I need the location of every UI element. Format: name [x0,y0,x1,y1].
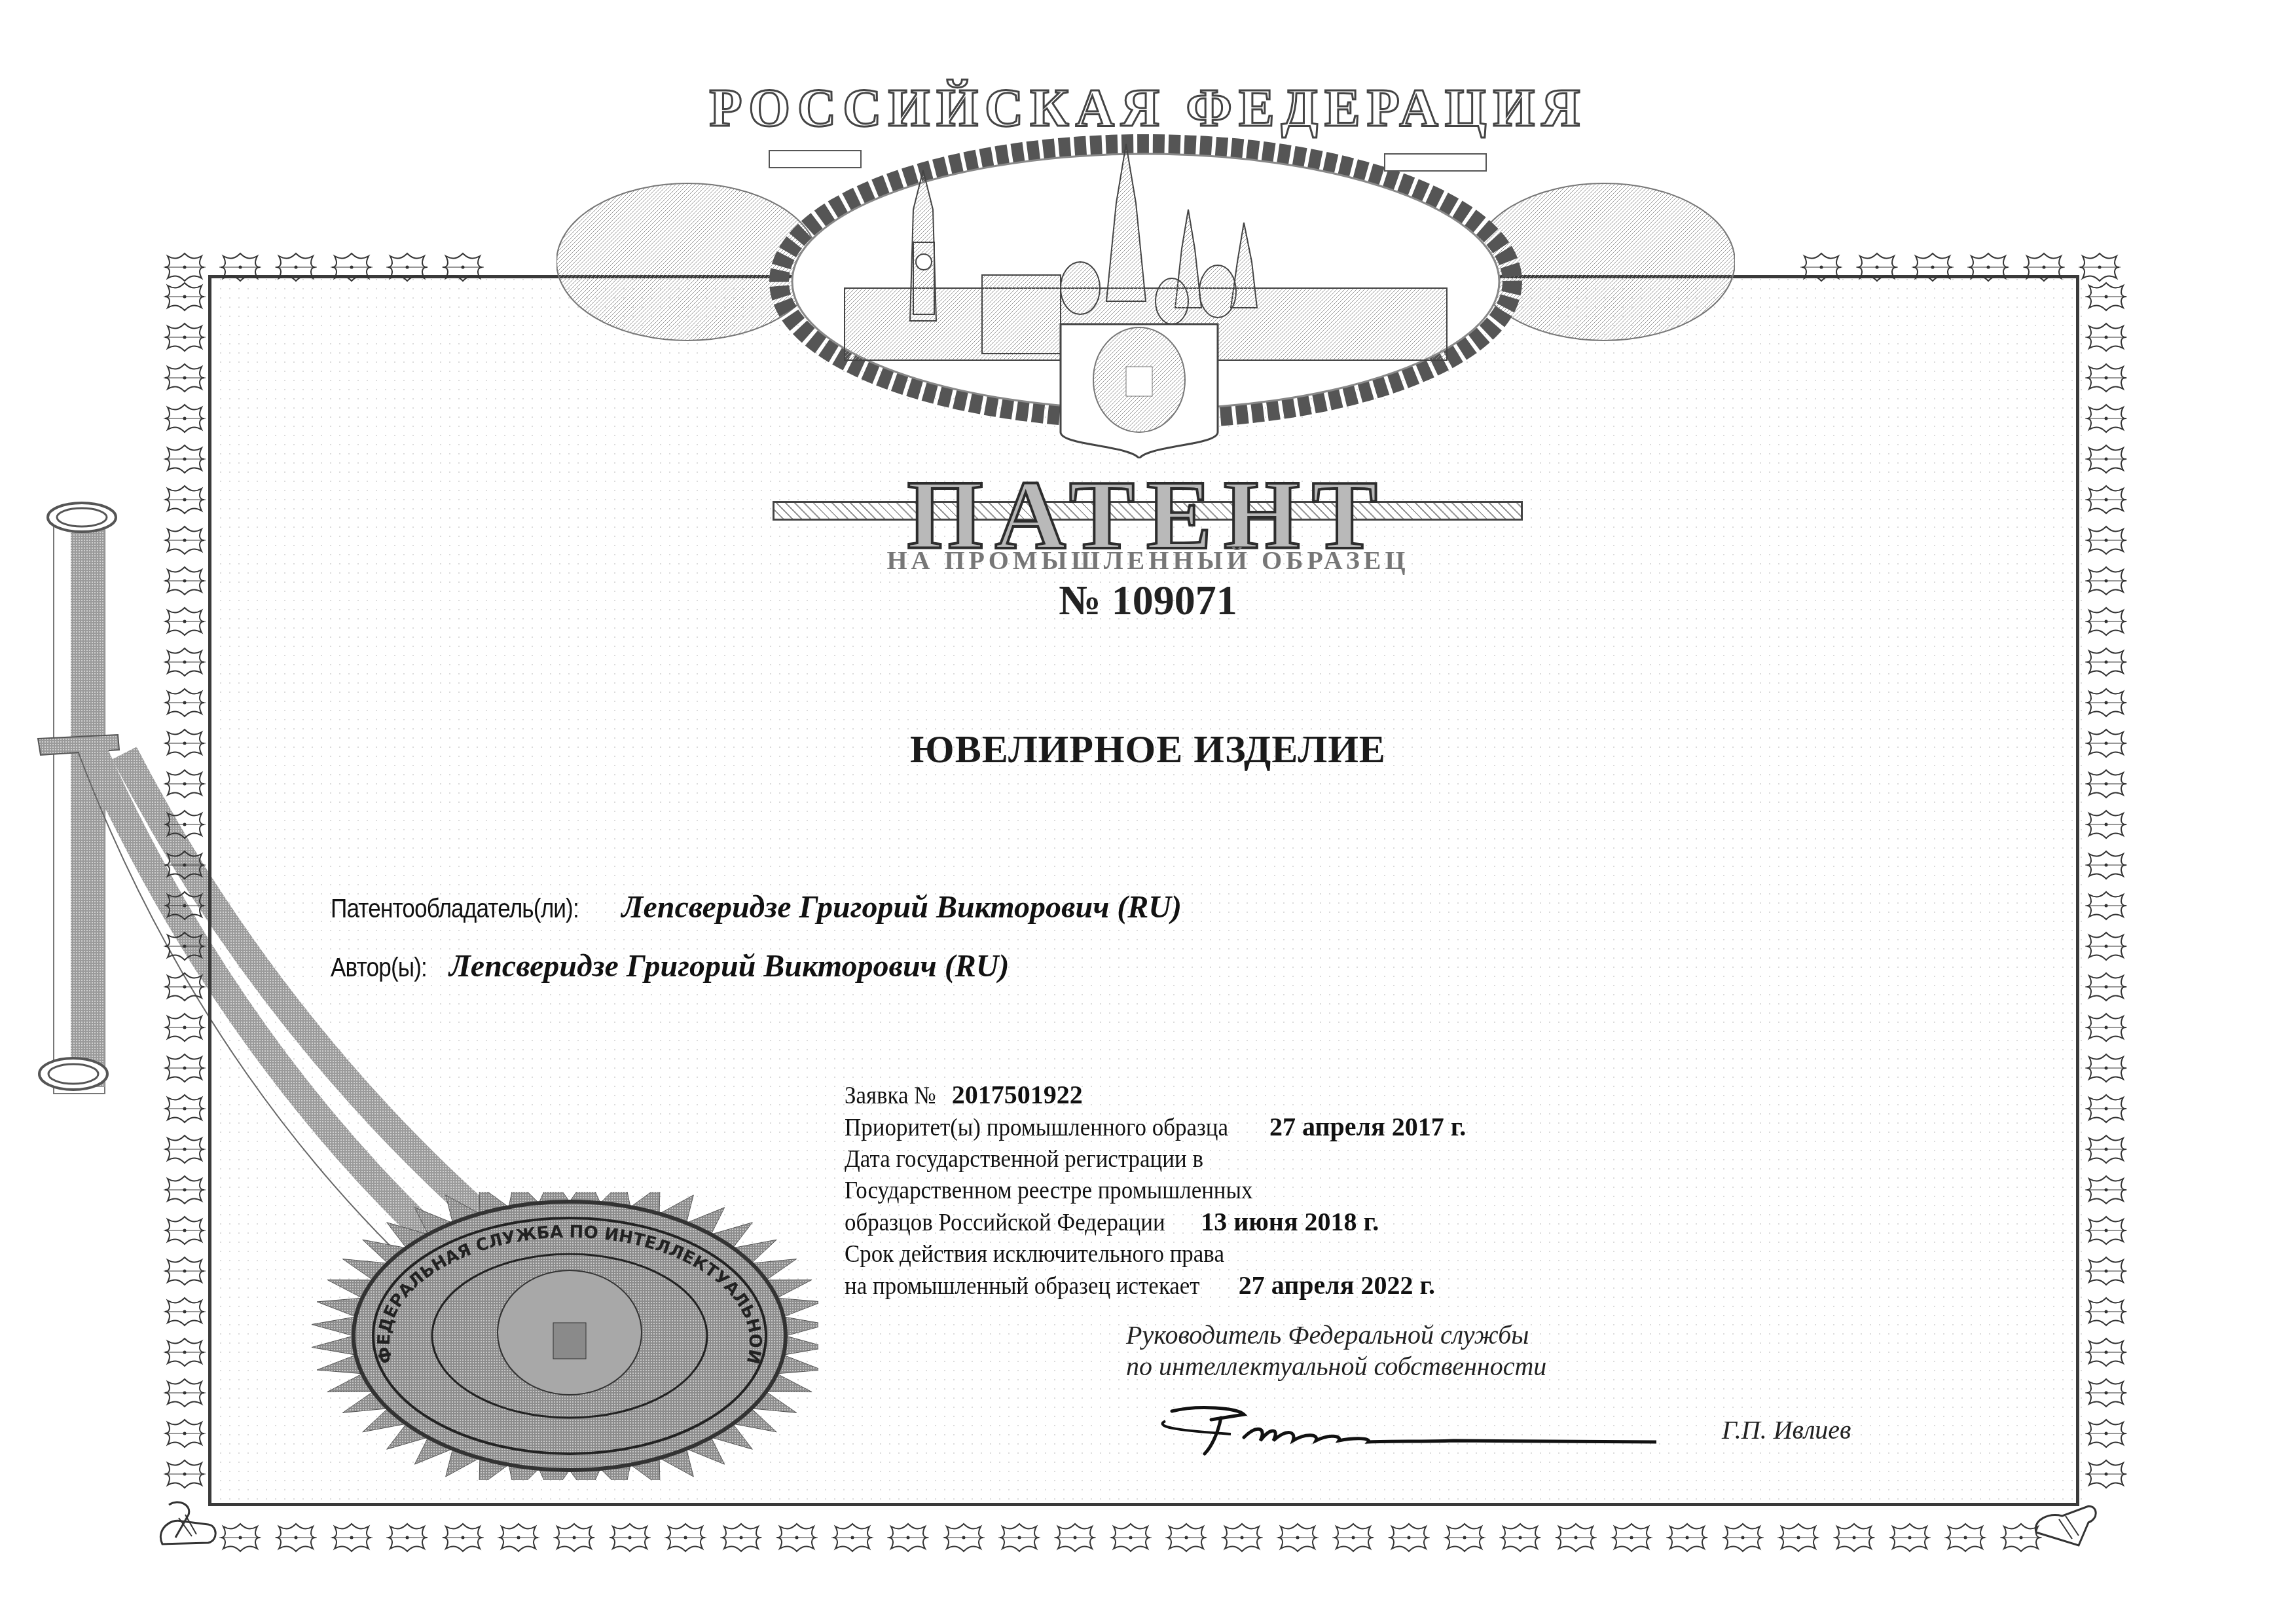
star-ornament-icon [2085,1053,2127,1083]
holder-value: Лепсверидзе Григорий Викторович (RU) [622,890,1182,925]
signer-name: Г.П. Ивлиев [1722,1414,1851,1445]
star-ornament-icon [164,647,206,677]
star-ornament-icon [442,252,484,282]
star-ornament-icon [2085,1256,2127,1286]
holder-label: Патентообладатель(ли): [331,895,579,924]
star-ornament-icon [219,252,261,282]
star-ornament-icon [609,1522,651,1553]
star-ornament-icon [1800,252,1842,282]
signatory-title-line2: по интеллектуальной собственности [1126,1351,1546,1382]
kremlin-wreath-emblem-icon [556,131,1735,458]
star-ornament-icon [331,252,373,282]
star-ornament-icon [1856,252,1898,282]
border-ornament-left [164,282,206,1500]
star-ornament-icon [164,931,206,961]
star-ornament-icon [887,1522,929,1553]
star-ornament-icon [164,1094,206,1124]
star-ornament-icon [164,252,206,282]
star-ornament-icon [2085,1094,2127,1124]
star-ornament-icon [164,850,206,880]
star-ornament-icon [164,403,206,434]
patent-holder: Патентообладатель(ли):Лепсверидзе Григор… [331,889,1182,925]
star-ornament-icon [2023,252,2065,282]
star-ornament-icon [943,1522,985,1553]
star-ornament-icon [2085,403,2127,434]
star-ornament-icon [164,1459,206,1489]
star-ornament-icon [2085,647,2127,677]
patent-number: № 109071 [0,576,2296,625]
star-ornament-icon [275,252,317,282]
star-ornament-icon [1444,1522,1485,1553]
border-ornament-right [2085,282,2127,1500]
star-ornament-icon [164,891,206,921]
author-label: Автор(ы): [331,953,427,983]
star-ornament-icon [553,1522,595,1553]
star-ornament-icon [2085,1012,2127,1043]
star-ornament-icon [386,1522,428,1553]
star-ornament-icon [1110,1522,1152,1553]
country-title: РОССИЙСКАЯ ФЕДЕРАЦИЯ [0,77,2296,139]
star-ornament-icon [1777,1522,1819,1553]
official-seal-icon: ФЕДЕРАЛЬНАЯ СЛУЖБА ПО ИНТЕЛЛЕКТУАЛЬНОЙ С… [295,1192,818,1480]
star-ornament-icon [164,322,206,352]
star-ornament-icon [164,809,206,840]
star-ornament-icon [164,769,206,799]
priority-date: 27 апреля 2017 г. [1269,1112,1466,1141]
star-ornament-icon [720,1522,762,1553]
star-ornament-icon [2085,322,2127,352]
application-label: Заявка № [845,1080,936,1111]
expiry-label-line2: на промышленный образец истекает [845,1270,1200,1302]
star-ornament-icon [1889,1522,1931,1553]
patent-author: Автор(ы):Лепсверидзе Григорий Викторович… [331,948,1009,984]
star-ornament-icon [1912,252,1954,282]
star-ornament-icon [164,1012,206,1043]
registration-label-line1: Дата государственной регистрации в [845,1143,1203,1175]
star-ornament-icon [2085,282,2127,312]
star-ornament-icon [1555,1522,1597,1553]
star-ornament-icon [2079,252,2121,282]
star-ornament-icon [2085,1337,2127,1367]
star-ornament-icon [2085,972,2127,1002]
star-ornament-icon [219,1522,261,1553]
star-ornament-icon [275,1522,317,1553]
star-ornament-icon [164,1378,206,1408]
star-ornament-icon [2085,1297,2127,1327]
signatory-title: Руководитель Федеральной службы по интел… [1126,1319,1546,1382]
star-ornament-icon [1967,252,2009,282]
star-ornament-icon [2085,931,2127,961]
star-ornament-icon [1944,1522,1986,1553]
star-ornament-icon [164,363,206,393]
star-ornament-icon [998,1522,1040,1553]
star-ornament-icon [164,1175,206,1205]
star-ornament-icon [164,1215,206,1246]
number-prefix: № [1059,577,1101,623]
application-number: 2017501922 [952,1080,1083,1109]
star-ornament-icon [2085,891,2127,921]
registration-label-line3: образцов Российской Федерации [845,1207,1165,1238]
star-ornament-icon [1666,1522,1708,1553]
star-ornament-icon [776,1522,818,1553]
star-ornament-icon [386,252,428,282]
border-ornament-top-right [1800,252,2134,282]
star-ornament-icon [164,1418,206,1449]
star-ornament-icon [164,972,206,1002]
star-ornament-icon [2085,1378,2127,1408]
expiry-date: 27 апреля 2022 г. [1239,1270,1435,1300]
star-ornament-icon [164,1256,206,1286]
star-ornament-icon [331,1522,373,1553]
star-ornament-icon [164,1337,206,1367]
star-ornament-icon [2085,688,2127,718]
star-ornament-icon [1833,1522,1875,1553]
star-ornament-icon [1221,1522,1263,1553]
star-ornament-icon [2085,1418,2127,1449]
star-ornament-icon [831,1522,873,1553]
scroll-corner-icon [2033,1500,2098,1549]
star-ornament-icon [1277,1522,1319,1553]
registration-details: Заявка №2017501922 Приоритет(ы) промышле… [845,1079,1466,1302]
star-ornament-icon [164,1134,206,1164]
star-ornament-icon [1611,1522,1652,1553]
border-ornament-bottom [219,1522,2056,1553]
registration-label-line2: Государственном реестре промышленных [845,1175,1253,1206]
star-ornament-icon [1499,1522,1541,1553]
star-ornament-icon [164,282,206,312]
author-value: Лепсверидзе Григорий Викторович (RU) [449,949,1010,984]
star-ornament-icon [1165,1522,1207,1553]
star-ornament-icon [2085,1215,2127,1246]
registration-date: 13 июня 2018 г. [1201,1207,1379,1236]
star-ornament-icon [2085,1459,2127,1489]
star-ornament-icon [164,688,206,718]
star-ornament-icon [2085,809,2127,840]
star-ornament-icon [2085,363,2127,393]
star-ornament-icon [1388,1522,1430,1553]
signatory-title-line1: Руководитель Федеральной службы [1126,1319,1546,1351]
star-ornament-icon [1332,1522,1374,1553]
design-title: ЮВЕЛИРНОЕ ИЗДЕЛИЕ [0,727,2296,772]
star-ornament-icon [164,1053,206,1083]
star-ornament-icon [164,1297,206,1327]
star-ornament-icon [2085,1134,2127,1164]
star-ornament-icon [2085,1175,2127,1205]
document-subtitle: НА ПРОМЫШЛЕННЫЙ ОБРАЗЕЦ [0,545,2296,576]
star-ornament-icon [665,1522,706,1553]
scroll-corner-icon [156,1498,221,1547]
star-ornament-icon [442,1522,484,1553]
star-ornament-icon [498,1522,539,1553]
signature-icon [1146,1401,1656,1460]
star-ornament-icon [2085,850,2127,880]
star-ornament-icon [1054,1522,1096,1553]
border-ornament-top-left [164,252,498,282]
expiry-label-line1: Срок действия исключительного права [845,1238,1224,1270]
star-ornament-icon [1722,1522,1764,1553]
number-value: 109071 [1112,577,1237,623]
priority-label: Приоритет(ы) промышленного образца [845,1112,1228,1143]
star-ornament-icon [2085,769,2127,799]
